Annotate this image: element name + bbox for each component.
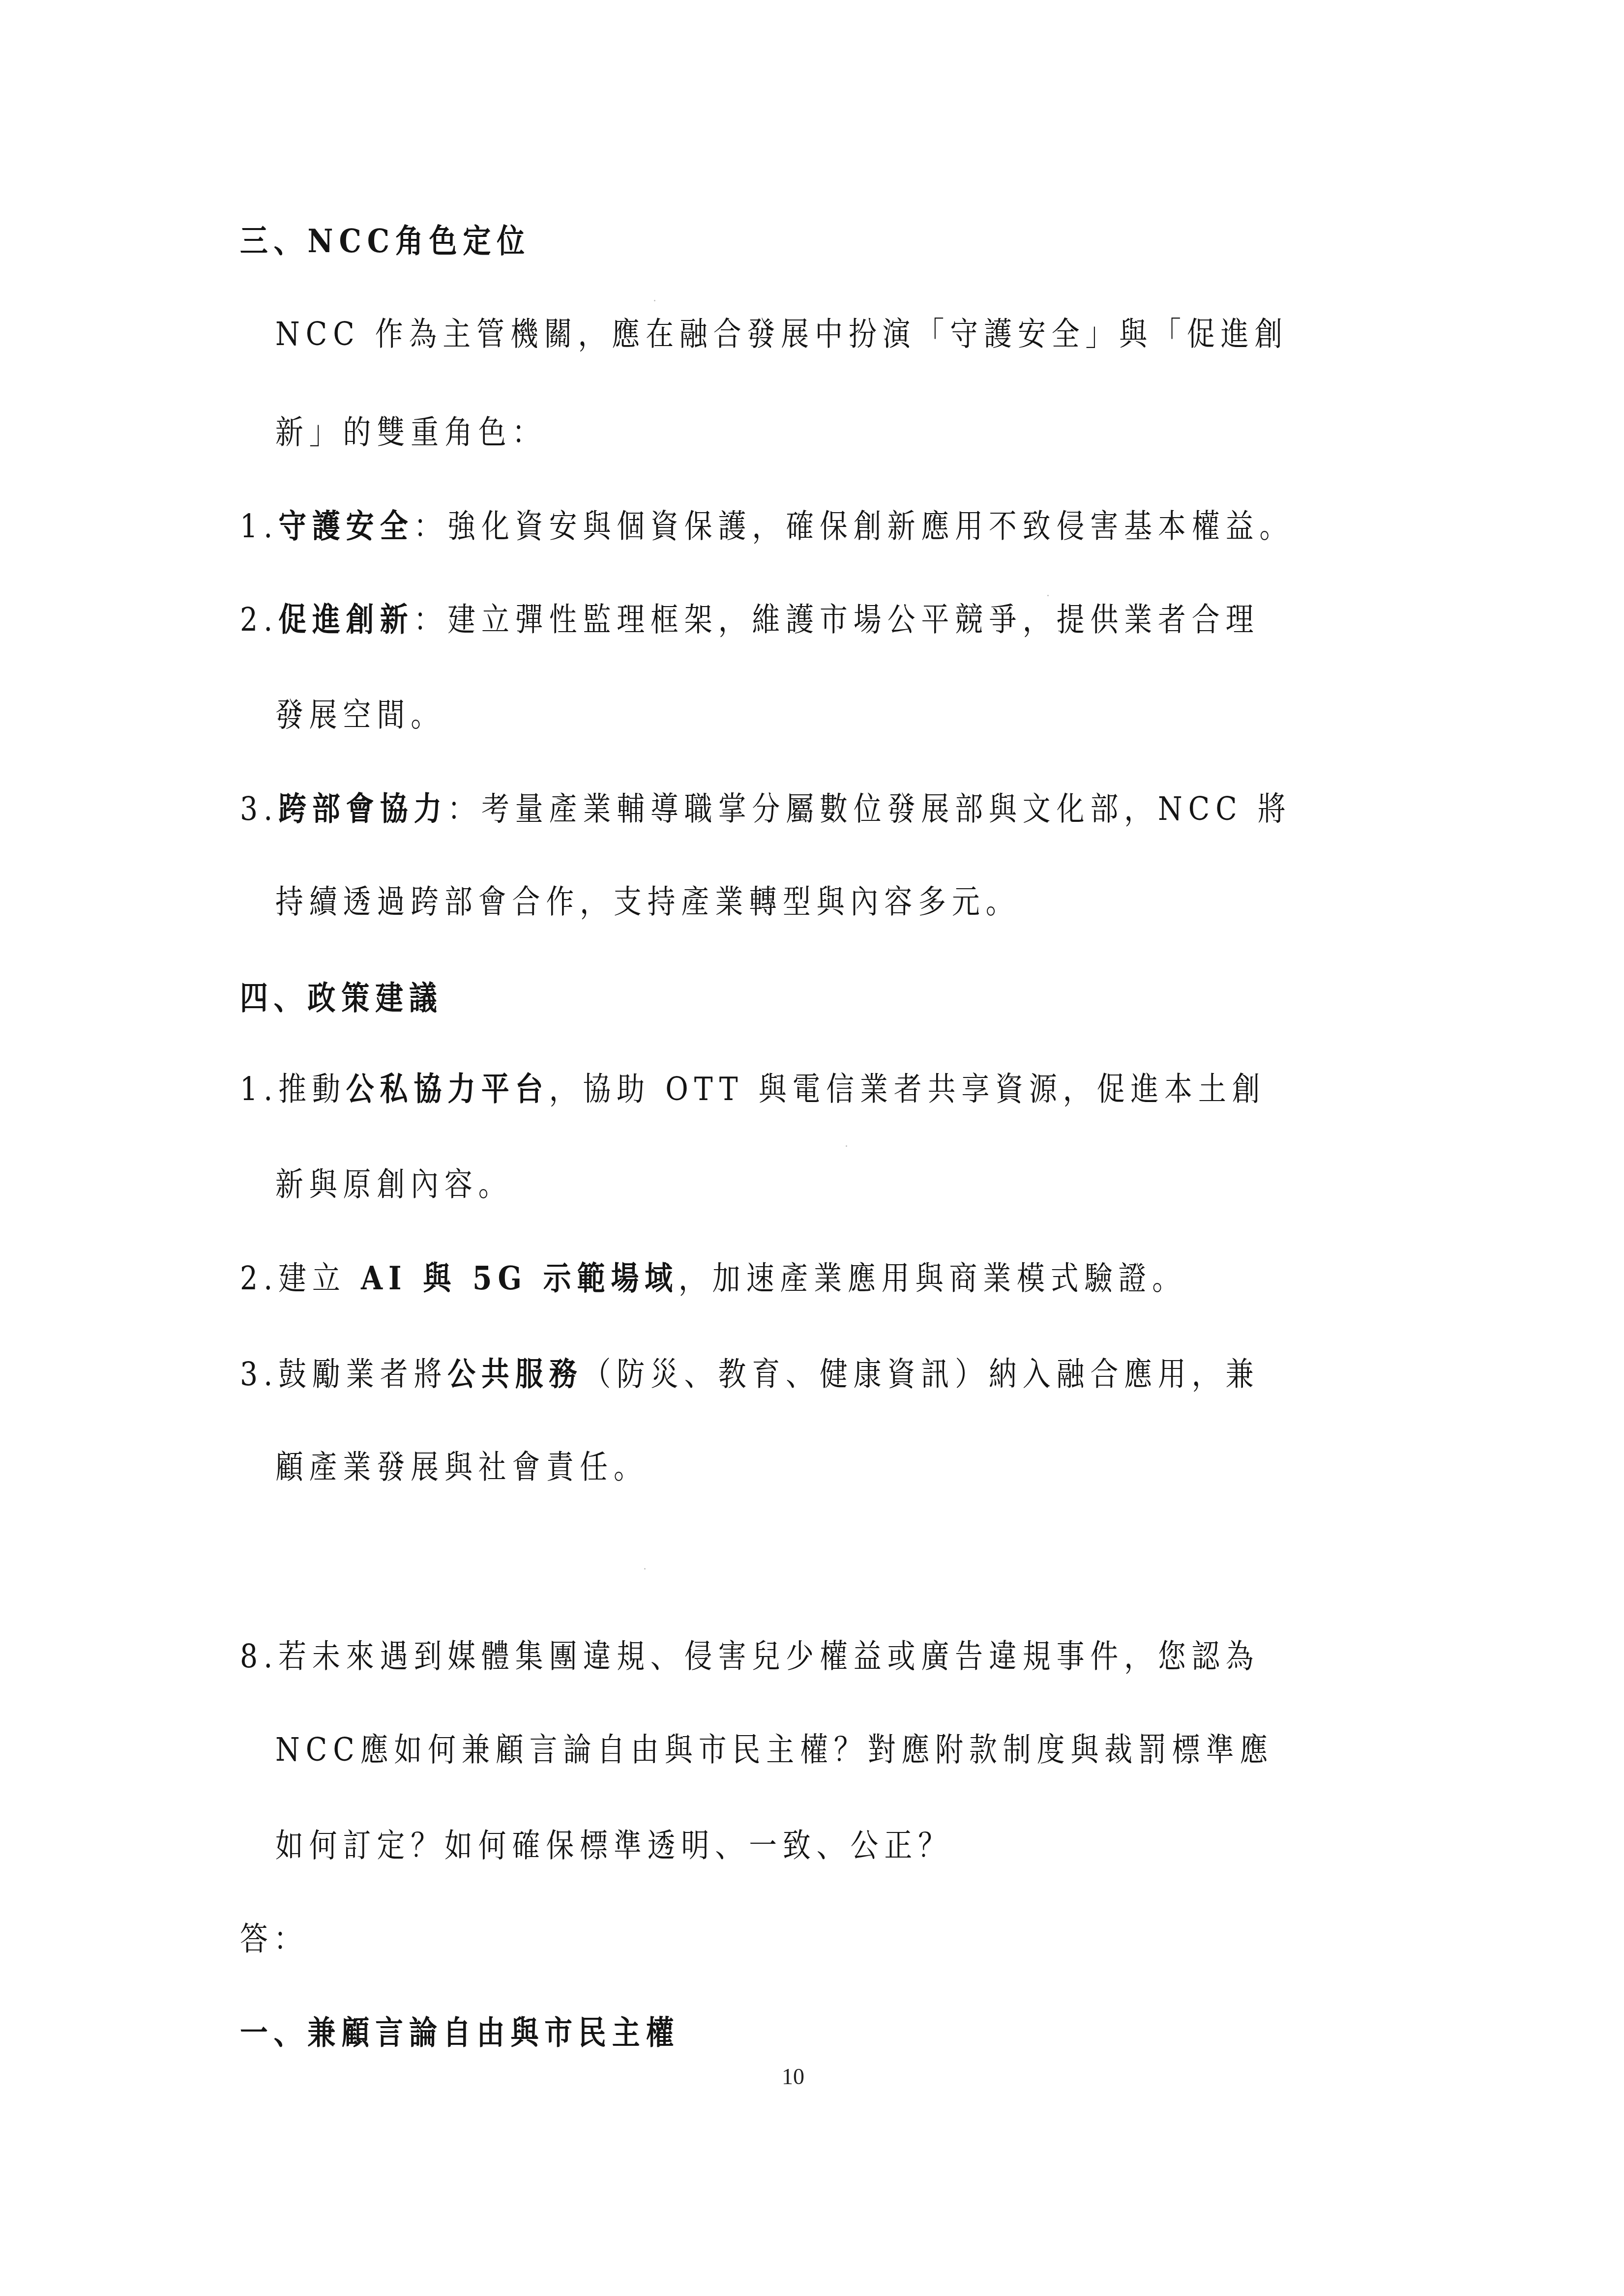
list-item-text: ：建立彈性監理框架，維護市場公平競爭，提供業者合理	[413, 601, 1259, 639]
list-item-continuation: 新與原創內容。	[275, 1163, 512, 1207]
section-heading-policy-recommendations: 四、政策建議	[240, 976, 443, 1020]
list-item-ai-5g-field: 2.建立 AI 與 5G 示範場域，加速產業應用與商業模式驗證。	[240, 1256, 1186, 1301]
list-item-continuation: 發展空間。	[275, 693, 444, 737]
list-item-public-services: 3.鼓勵業者將公共服務（防災、教育、健康資訊）納入融合應用，兼	[240, 1352, 1259, 1396]
list-item-text: 建立	[278, 1259, 361, 1297]
list-item-text: ，加速產業應用與商業模式驗證。	[679, 1259, 1186, 1297]
list-item-emphasis: 公共服務	[447, 1355, 583, 1393]
list-item-text: ：考量產業輔導職掌分屬數位發展部與文化部，NCC 將	[447, 790, 1291, 828]
list-item-emphasis: 公私協力平台	[346, 1070, 549, 1108]
paragraph-line: NCC 作為主管機關，應在融合發展中扮演「守護安全」與「促進創	[275, 312, 1288, 356]
list-number: 1.	[240, 1070, 278, 1108]
list-number: 2.	[240, 601, 278, 639]
list-item-text: 推動	[278, 1070, 346, 1108]
list-item-public-private-platform: 1.推動公私協力平台，協助 OTT 與電信業者共享資源，促進本土創	[240, 1067, 1266, 1111]
question-8-line: 如何訂定？如何確保標準透明、一致、公正？	[275, 1824, 952, 1868]
scan-speck	[846, 1145, 847, 1147]
list-number: 2.	[240, 1259, 278, 1297]
list-item-emphasis: AI 與 5G 示範場域	[361, 1259, 679, 1297]
paragraph-line: 新」的雙重角色：	[275, 410, 546, 455]
list-item-promote-innovation: 2.促進創新：建立彈性監理框架，維護市場公平競爭，提供業者合理	[240, 597, 1259, 642]
scan-speck	[654, 300, 655, 301]
list-number: 3.	[240, 790, 278, 828]
answer-heading-free-speech: 一、兼顧言論自由與市民主權	[240, 2010, 679, 2055]
list-item-text: 鼓勵業者將	[278, 1355, 447, 1393]
section-heading-ncc-role: 三、NCC角色定位	[240, 219, 531, 263]
list-item-continuation: 顧產業發展與社會責任。	[275, 1445, 648, 1489]
list-item-cross-ministry: 3.跨部會協力：考量產業輔導職掌分屬數位發展部與文化部，NCC 將	[240, 786, 1292, 831]
question-8-line: 8.若未來遇到媒體集團違規、侵害兒少權益或廣告違規事件，您認為	[240, 1634, 1259, 1679]
list-item-title: 守護安全	[278, 507, 413, 545]
page-number: 10	[782, 2062, 804, 2092]
scan-speck	[644, 1568, 646, 1569]
list-number: 1.	[240, 507, 278, 545]
list-item-text: （防災、教育、健康資訊）納入融合應用，兼	[583, 1355, 1259, 1393]
list-item-title: 跨部會協力	[278, 789, 447, 828]
question-8-line: NCC應如何兼顧言論自由與市民主權？對應附款制度與裁罰標準應	[275, 1728, 1273, 1772]
document-page: 三、NCC角色定位 NCC 作為主管機關，應在融合發展中扮演「守護安全」與「促進…	[0, 0, 1624, 2296]
list-item-title: 促進創新	[278, 600, 413, 639]
list-number: 3.	[240, 1355, 278, 1393]
scan-speck	[1047, 595, 1049, 596]
answer-label: 答：	[240, 1917, 308, 1961]
list-item-text: ，協助 OTT 與電信業者共享資源，促進本土創	[549, 1070, 1266, 1108]
list-item-continuation: 持續透過跨部會合作，支持產業轉型與內容多元。	[275, 880, 1020, 924]
list-item-guard-security: 1.守護安全：強化資安與個資保護，確保創新應用不致侵害基本權益。	[240, 504, 1293, 549]
list-item-text: ：強化資安與個資保護，確保創新應用不致侵害基本權益。	[413, 507, 1293, 545]
